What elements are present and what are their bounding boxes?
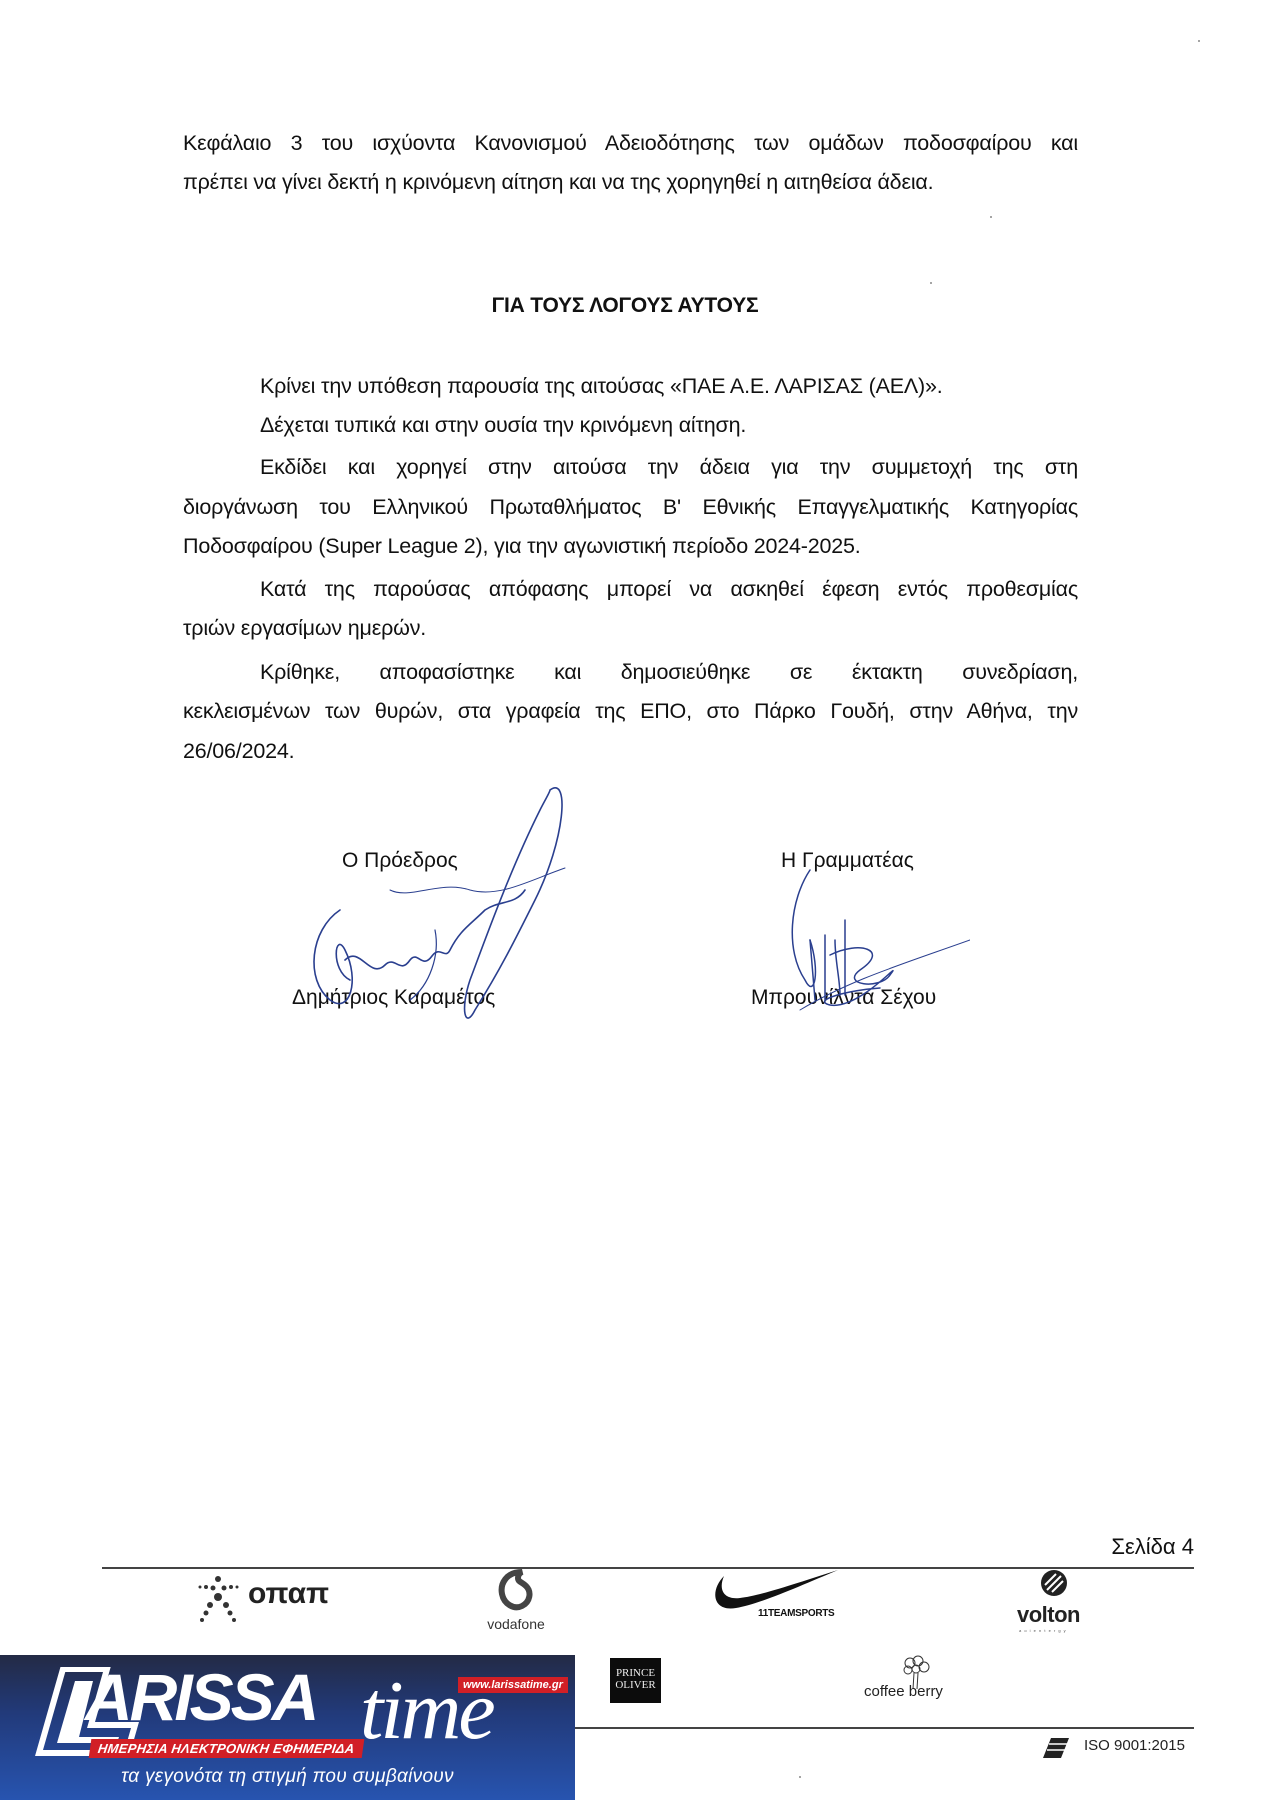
opap-wordmark: οπαπ bbox=[248, 1577, 329, 1611]
sponsor-volton-logo: volton a o i e n t e r g y bbox=[1017, 1568, 1097, 1634]
larissatime-banner[interactable]: ARISSA time www.larissatime.gr ΗΜΕΡΗΣΙΑ … bbox=[0, 1655, 575, 1800]
intro-line-1: Κεφάλαιο 3 του ισχύοντα Κανονισμού Αδειο… bbox=[183, 131, 1078, 156]
volton-bolt-icon bbox=[1039, 1568, 1069, 1598]
sponsor-prince-oliver-logo: PRINCEOLIVER bbox=[610, 1658, 661, 1703]
secretary-signature bbox=[770, 860, 970, 1020]
scan-speck bbox=[930, 282, 932, 284]
decision-line-9: κεκλεισμένων των θυρών, στα γραφεία της … bbox=[183, 699, 1078, 724]
president-signature bbox=[300, 780, 580, 1040]
volton-tagline: a o i e n t e r g y bbox=[1019, 1628, 1067, 1633]
sponsor-opap-logo: οπαπ bbox=[196, 1573, 336, 1623]
sponsor-vodafone-logo: vodafone bbox=[476, 1568, 556, 1638]
decision-line-10: 26/06/2024. bbox=[183, 739, 294, 764]
iso-certification: ISO 9001:2015 bbox=[1084, 1737, 1185, 1754]
volton-wordmark: volton bbox=[1017, 1602, 1080, 1628]
decision-line-1: Κρίνει την υπόθεση παρουσία της αιτούσας… bbox=[260, 374, 943, 399]
vodafone-speechmark-icon bbox=[496, 1568, 536, 1612]
document-page: Κεφάλαιο 3 του ισχύοντα Κανονισμού Αδειο… bbox=[0, 0, 1272, 1800]
sponsor-coffee-berry-logo: coffee berry bbox=[864, 1655, 964, 1705]
scan-speck bbox=[990, 216, 992, 218]
banner-tagline: τα γεγονότα τη στιγμή που συμβαίνουν bbox=[0, 1766, 575, 1788]
opap-star-icon bbox=[196, 1573, 242, 1623]
decision-line-7: τριών εργασίμων ημερών. bbox=[183, 616, 426, 641]
decision-line-5: Ποδοσφαίρου (Super League 2), για την αγ… bbox=[183, 534, 861, 559]
section-heading: ΓΙΑ ΤΟΥΣ ΛΟΓΟΥΣ ΑΥΤΟΥΣ bbox=[0, 294, 1250, 318]
coffee-berry-wordmark: coffee berry bbox=[864, 1683, 943, 1700]
intro-line-2: πρέπει να γίνει δεκτή η κρινόμενη αίτηση… bbox=[183, 170, 933, 195]
certification-mark-icon bbox=[1041, 1736, 1071, 1760]
scan-speck bbox=[1198, 40, 1200, 42]
decision-line-2: Δέχεται τυπικά και στην ουσία την κρινόμ… bbox=[260, 413, 746, 438]
scan-speck bbox=[799, 1776, 801, 1778]
decision-line-4: διοργάνωση του Ελληνικού Πρωταθλήματος Β… bbox=[183, 495, 1078, 520]
decision-line-6: Κατά της παρούσας απόφασης μπορεί να ασκ… bbox=[260, 577, 1078, 602]
footer-rule-bottom bbox=[575, 1727, 1194, 1729]
decision-line-3: Εκδίδει και χορηγεί στην αιτούσα την άδε… bbox=[260, 455, 1078, 480]
vodafone-wordmark: vodafone bbox=[476, 1616, 556, 1632]
sponsor-nike-11teamsports-logo: 11TEAMSPORTS bbox=[710, 1568, 860, 1628]
banner-subtitle: ΗΜΕΡΗΣΙΑ ΗΛΕΚΤΡΟΝΙΚΗ ΕΦΗΜΕΡΙΔΑ bbox=[89, 1739, 364, 1758]
decision-line-8: Κρίθηκε, αποφασίστηκε και δημοσιεύθηκε σ… bbox=[260, 660, 1078, 685]
banner-url[interactable]: www.larissatime.gr bbox=[458, 1677, 568, 1693]
teamsports-wordmark: 11TEAMSPORTS bbox=[758, 1608, 834, 1619]
page-number: Σελίδα 4 bbox=[1111, 1534, 1194, 1560]
banner-brand: ARISSA bbox=[85, 1659, 316, 1735]
